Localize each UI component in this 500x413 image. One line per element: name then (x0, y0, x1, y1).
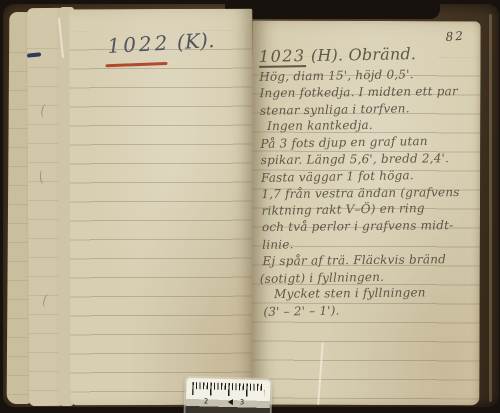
handwriting-line: (3' – 2' – 1'). (263, 300, 477, 321)
entry-heading-word: Obränd. (348, 44, 416, 64)
ruled-lines (69, 31, 253, 400)
handwriting-line: Mycket sten i fyllningen (274, 284, 477, 303)
find-number: 1022 (107, 30, 171, 57)
stray-ink-mark (42, 293, 52, 308)
left-page-heading: 1022 (K). (107, 28, 215, 58)
handwriting-line: och två perlor i grafvens midt- (262, 217, 476, 236)
stray-ink-mark (39, 170, 47, 185)
journal-entry: 1023 (H). Obränd. Hög, diam 15', höjd 0,… (259, 41, 478, 321)
ruler-numbers: 2 3 (192, 397, 264, 407)
find-number-suffix: (K). (176, 28, 215, 54)
scale-ruler: 2 3 (185, 378, 270, 413)
ruler-number: 2 (204, 397, 208, 405)
red-underline-mark (105, 62, 167, 67)
cover-edge-highlight (489, 14, 492, 402)
right-page: 82 1023 (H). Obränd. Hög, diam 15', höjd… (251, 21, 480, 406)
ruler-tick-scale (192, 382, 264, 398)
left-page: 1022 (K). (69, 9, 253, 406)
paper-crease (317, 343, 324, 405)
background-gap (225, 0, 440, 19)
handwriting-line: spikar. Längd 5,6', bredd 2,4'. (261, 150, 475, 169)
find-number-suffix: (H). (311, 45, 344, 65)
handwriting-line: 1,7 från vestra ändan (grafvens (261, 183, 475, 202)
find-number: 1023 (259, 46, 306, 68)
notebook-photo: 1022 (K). 82 1023 (H). Obränd. Hög, diam… (0, 0, 500, 413)
ruler-number: 3 (240, 398, 244, 406)
handwriting-line: Ej spår af trä. Fläckvis bränd (262, 251, 476, 270)
stray-ink-mark (40, 104, 49, 119)
handwriting-line: Ingen fotkedja. I midten ett par (259, 83, 473, 102)
ruler-arrow-icon (228, 399, 233, 405)
handwriting-line: Ingen kantkedja. (267, 116, 474, 135)
